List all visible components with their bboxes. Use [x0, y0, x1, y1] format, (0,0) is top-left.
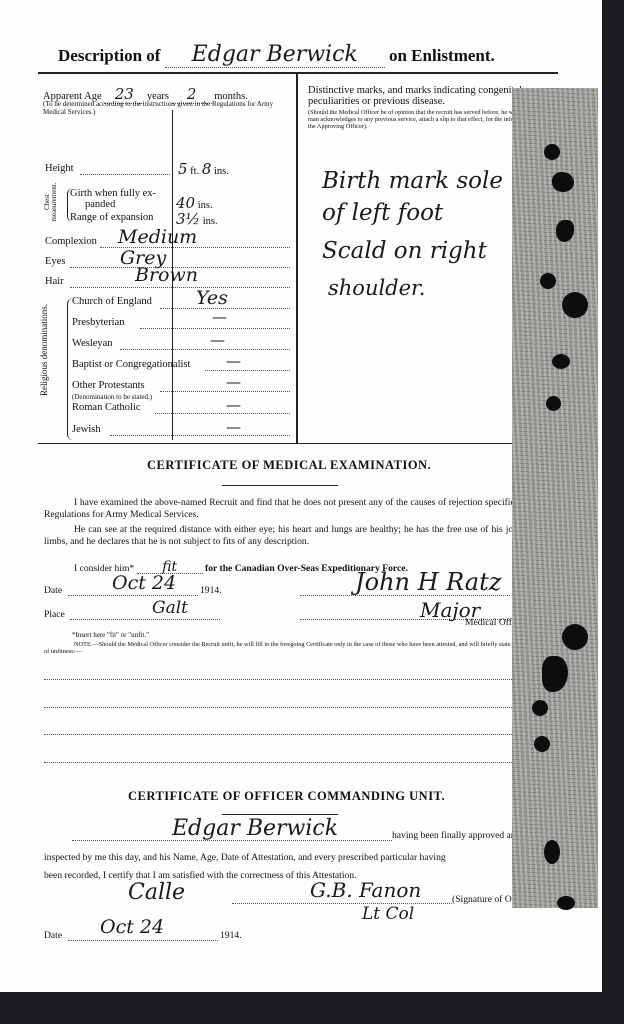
- commanding-certificate-heading: CERTIFICATE OF OFFICER COMMANDING UNIT.: [128, 789, 445, 804]
- medical-para-2: He can see at the required distance with…: [44, 524, 544, 548]
- commanding-text-2: inspected by me this day, and his Name, …: [44, 852, 446, 864]
- document-title: Description of Edgar Berwick on Enlistme…: [58, 42, 495, 68]
- religion-baptist-value: —: [226, 352, 241, 370]
- unfitness-line-4[interactable]: [44, 762, 534, 763]
- medical-date-value: Oct 24: [112, 572, 176, 594]
- medical-date-dots: [68, 595, 198, 596]
- title-underline: [38, 72, 558, 74]
- expansion-unit: ins.: [203, 216, 218, 227]
- religion-presbyterian-value: —: [212, 308, 227, 326]
- expansion-label: Range of expansion: [70, 212, 153, 223]
- height-inches: 8: [202, 160, 212, 178]
- religion-dots-3: [205, 370, 290, 371]
- medical-certificate-heading: CERTIFICATE OF MEDICAL EXAMINATION.: [147, 458, 431, 473]
- punch-hole-6: [532, 700, 548, 716]
- commanding-recruit-name: Edgar Berwick: [172, 816, 338, 841]
- medical-heading-rule: [222, 485, 338, 486]
- religion-church-of-england-value: Yes: [196, 287, 228, 309]
- religion-wesleyan-value: —: [210, 331, 225, 349]
- punch-hole-7: [534, 736, 550, 752]
- attestation-page: Description of Edgar Berwick on Enlistme…: [0, 0, 602, 992]
- age-note: (To be determined according to the instr…: [43, 100, 289, 116]
- distinctive-mark-line-2: of left foot: [322, 200, 443, 226]
- commanding-date-value: Oct 24: [100, 916, 164, 938]
- religion-dots-6: [110, 435, 290, 436]
- eyes-label: Eyes: [45, 256, 65, 267]
- punch-hole-1: [544, 144, 560, 160]
- religion-baptist: Baptist or Congregationalist: [72, 359, 190, 370]
- binding-strip: [512, 88, 598, 908]
- height-feet-unit: ft.: [190, 166, 199, 177]
- insert-note: *Insert here "fit" or "unfit.": [72, 631, 149, 639]
- unfitness-line-2[interactable]: [44, 707, 534, 708]
- place-label: Place: [44, 609, 65, 621]
- commanding-signature-dots: [232, 903, 452, 904]
- medical-date-label: Date: [44, 585, 62, 597]
- religion-roman-catholic-value: —: [226, 396, 241, 414]
- unfit-note: NOTE.—Should the Medical Officer conside…: [44, 641, 554, 655]
- punch-hole-2: [540, 273, 556, 289]
- religion-church-of-england: Church of England: [72, 296, 152, 307]
- punch-hole-5: [562, 624, 588, 650]
- religion-dots-2: [120, 349, 290, 350]
- religion-label: Religious denominations.: [40, 295, 49, 405]
- ink-blot-2: [556, 220, 574, 242]
- girth-label-2: panded: [85, 199, 115, 210]
- title-prefix: Description of: [58, 46, 160, 65]
- hair-dots: [70, 287, 290, 288]
- chest-measurement-label: Chest measurement.: [44, 182, 58, 222]
- complexion-label: Complexion: [45, 236, 97, 247]
- distinctive-marks-heading-1: Distinctive marks, and marks indicating …: [308, 85, 522, 96]
- complexion-value: Medium: [118, 226, 197, 248]
- ink-blot-4: [542, 656, 568, 692]
- medical-date-year: 1914.: [200, 585, 222, 597]
- column-divider: [296, 73, 298, 443]
- religion-other-protestants: Other Protestants: [72, 380, 145, 391]
- medical-para-1: I have examined the above-named Recruit …: [44, 497, 544, 521]
- height-label: Height: [45, 163, 74, 174]
- unfitness-line-1[interactable]: [44, 679, 534, 680]
- commanding-officer-signature: G.B. Fanon: [310, 878, 421, 902]
- ink-blot-1: [552, 172, 574, 192]
- medical-officer-signature: John H Ratz: [355, 568, 501, 596]
- religion-other-protestants-value: —: [226, 373, 241, 391]
- religion-other-note: (Denomination to be stated.): [72, 393, 152, 401]
- distinctive-mark-line-4: shoulder.: [328, 276, 425, 300]
- religion-dots-1: [140, 328, 290, 329]
- religion-dots-4: [160, 391, 290, 392]
- hair-label: Hair: [45, 276, 64, 287]
- commanding-heading-rule: [222, 814, 338, 815]
- girth-label-1: Girth when fully ex-: [70, 188, 156, 199]
- hair-value: Brown: [135, 264, 198, 286]
- commanding-date-year: 1914.: [220, 930, 242, 942]
- distinctive-marks-heading-2: peculiarities or previous disease.: [308, 96, 445, 107]
- title-suffix: on Enlistment.: [389, 46, 495, 65]
- section-rule-1: [38, 443, 558, 444]
- religion-jewish-value: —: [226, 418, 241, 436]
- ink-blot-3: [552, 354, 570, 369]
- religion-roman-catholic: Roman Catholic: [72, 402, 141, 413]
- distinctive-mark-line-1: Birth mark sole: [322, 168, 503, 194]
- place-value: Galt: [152, 598, 188, 618]
- religion-dots-5: [155, 413, 290, 414]
- ink-blot-6: [557, 896, 575, 910]
- height-dots: [80, 174, 170, 175]
- height-value: 5 ft. 8 ins.: [178, 160, 229, 178]
- distinctive-mark-line-3: Scald on right: [322, 238, 487, 264]
- punch-hole-4: [546, 396, 561, 411]
- commanding-text-1: having been finally approved and: [392, 830, 520, 842]
- punch-hole-3: [562, 292, 588, 318]
- commanding-officer-rank: Lt Col: [362, 904, 414, 924]
- height-feet: 5: [178, 160, 188, 178]
- ink-blot-5: [544, 840, 560, 864]
- commanding-side-mark: Calle: [128, 880, 185, 905]
- religion-jewish: Jewish: [72, 424, 101, 435]
- religion-presbyterian: Presbyterian: [72, 317, 125, 328]
- place-dots: [70, 619, 220, 620]
- commanding-date-label: Date: [44, 930, 62, 942]
- height-inches-unit: ins.: [214, 166, 229, 177]
- unfitness-line-3[interactable]: [44, 734, 534, 735]
- religion-wesleyan: Wesleyan: [72, 338, 113, 349]
- commanding-date-dots: [68, 940, 218, 941]
- recruit-name: Edgar Berwick: [165, 42, 385, 68]
